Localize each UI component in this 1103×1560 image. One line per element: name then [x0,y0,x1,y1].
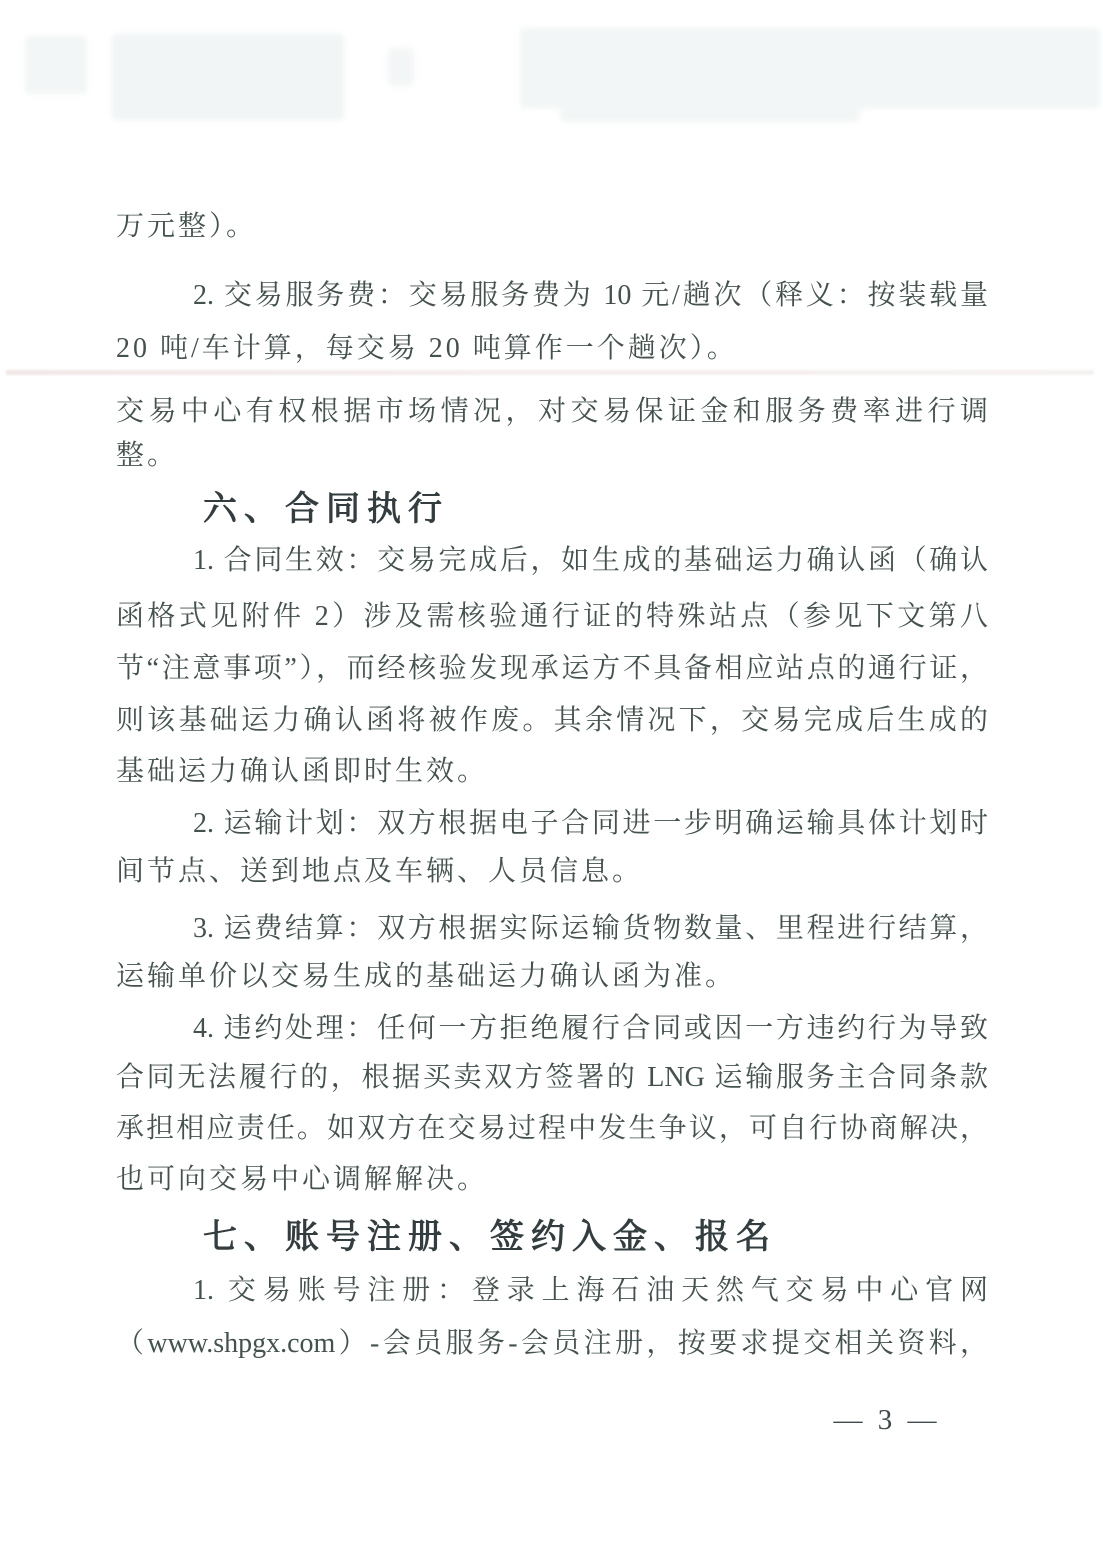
bleed-through-artifact [112,34,344,120]
section-heading: 七、账号注册、签约入金、报名 [203,1214,777,1260]
body-line: 则该基础运力确认函将被作废。其余情况下，交易完成后生成的 [116,698,988,744]
body-line: 节“注意事项”），而经核验发现承运方不具备相应站点的通行证， [116,646,988,692]
body-line: 承担相应责任。如双方在交易过程中发生争议，可自行协商解决， [116,1106,988,1152]
body-line: 间节点、送到地点及车辆、人员信息。 [116,849,988,895]
body-line: 也可向交易中心调解解决。 [116,1157,988,1203]
scanned-document-page: 万元整）。 2. 交易服务费：交易服务费为 10 元/趟次（释义：按装载量 20… [0,0,1103,1560]
body-line: 2. 交易服务费：交易服务费为 10 元/趟次（释义：按装载量 [193,273,988,319]
body-line: 1. 合同生效：交易完成后，如生成的基础运力确认函（确认 [193,538,988,584]
body-line: （www.shpgx.com）-会员服务-会员注册，按要求提交相关资料， [116,1321,988,1367]
page-number: — 3 — [822,1400,952,1440]
body-line: 1. 交易账号注册：登录上海石油天然气交易中心官网 [193,1268,988,1314]
body-line: 函格式见附件 2）涉及需核验通行证的特殊站点（参见下文第八 [116,594,988,640]
body-line: 整。 [116,433,988,479]
bleed-through-artifact [560,96,860,122]
body-line: 3. 运费结算：双方根据实际运输货物数量、里程进行结算， [193,906,988,952]
body-line: 运输单价以交易生成的基础运力确认函为准。 [116,954,988,1000]
body-line: 交易中心有权根据市场情况，对交易保证金和服务费率进行调 [116,389,988,435]
body-line: 2. 运输计划：双方根据电子合同进一步明确运输具体计划时 [193,801,988,847]
body-line: 万元整）。 [116,204,988,250]
bleed-through-artifact [25,36,87,94]
bleed-through-artifact [388,48,414,86]
body-line: 合同无法履行的，根据买卖双方签署的 LNG 运输服务主合同条款 [116,1055,988,1101]
section-heading: 六、合同执行 [203,486,449,532]
body-line: 基础运力确认函即时生效。 [116,749,988,795]
body-line: 4. 违约处理：任何一方拒绝履行合同或因一方违约行为导致 [193,1006,988,1052]
body-line: 20 吨/车计算，每交易 20 吨算作一个趟次）。 [116,326,988,372]
